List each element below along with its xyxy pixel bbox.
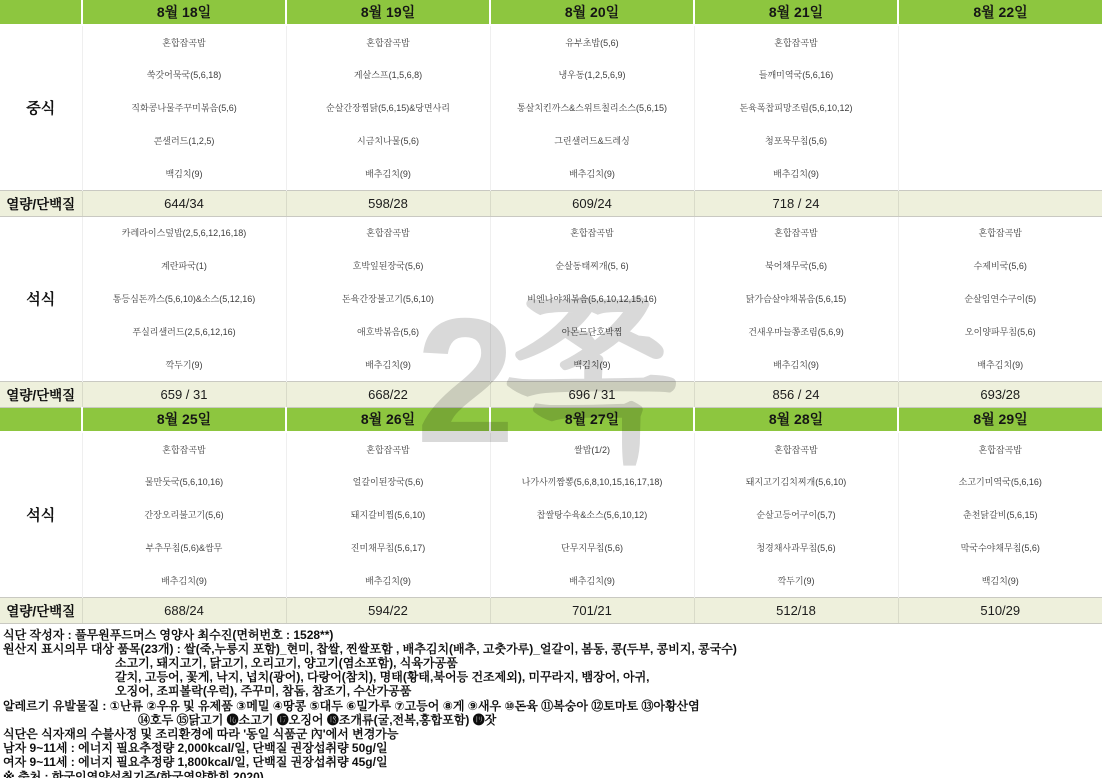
- menu-item-cell: 계란파국(1): [82, 249, 286, 282]
- footer-line: 알레르기 유발물질 : ①난류 ②우유 및 유제품 ③메밀 ④땅콩 ⑤대두 ⑥밀…: [3, 699, 1102, 713]
- menu-row: 통등심돈까스(5,6,10)&소스(5,12,16)돈육간장불고기(5,6,10…: [0, 282, 1102, 315]
- menu-row: 석식카레라이스덮밥(2,5,6,12,16,18)혼합잡곡밥혼합잡곡밥혼합잡곡밥…: [0, 216, 1102, 249]
- menu-item-cell: 백김치(9): [898, 564, 1102, 597]
- footer-line: 식단은 식자재의 수불사정 및 조리환경에 따라 '동일 식품군 內'에서 변경…: [3, 727, 1102, 741]
- menu-item-cell: 냉우동(1,2,5,6,9): [490, 58, 694, 91]
- date-header-cell: 8월 20일: [490, 0, 694, 25]
- calories-value-cell: 688/24: [82, 597, 286, 623]
- date-header-cell: 8월 29일: [898, 407, 1102, 432]
- meal-label-cell: 중식: [0, 25, 82, 190]
- menu-item-cell: 순살동태찌개(5, 6): [490, 249, 694, 282]
- calories-value-cell: 609/24: [490, 190, 694, 216]
- menu-item-cell: 콘샐러드(1,2,5): [82, 124, 286, 157]
- menu-item-cell: 시금치나물(5,6): [286, 124, 490, 157]
- menu-item-cell: 배추김치(9): [286, 564, 490, 597]
- footer-line: 여자 9~11세 : 에너지 필요추정량 1,800kcal/일, 단백질 권장…: [3, 755, 1102, 769]
- menu-row: 깍두기(9)배추김치(9)백김치(9)배추김치(9)배추김치(9): [0, 348, 1102, 381]
- menu-row: 계란파국(1)호박잎된장국(5,6)순살동태찌개(5, 6)북어채무국(5,6)…: [0, 249, 1102, 282]
- calories-value-cell: 668/22: [286, 381, 490, 407]
- menu-item-cell: 진미채무침(5,6,17): [286, 531, 490, 564]
- menu-item-cell: 나가사끼짬뽕(5,6,8,10,15,16,17,18): [490, 465, 694, 498]
- menu-item-cell: 배추김치(9): [898, 348, 1102, 381]
- menu-item-cell: [898, 124, 1102, 157]
- header-corner-cell: [0, 407, 82, 432]
- date-header-row: 8월 25일8월 26일8월 27일8월 28일8월 29일: [0, 407, 1102, 432]
- menu-item-cell: 깍두기(9): [694, 564, 898, 597]
- menu-item-cell: 푸실리샐러드(2,5,6,12,16): [82, 315, 286, 348]
- menu-item-cell: 순살고등어구이(5,7): [694, 498, 898, 531]
- menu-row: 부추무침(5,6)&쌈무진미채무침(5,6,17)단무지무침(5,6)청경채사과…: [0, 531, 1102, 564]
- calories-value-cell: 659 / 31: [82, 381, 286, 407]
- school-meal-menu-sheet: 8월 18일8월 19일8월 20일8월 21일8월 22일중식혼합잡곡밥혼합잡…: [0, 0, 1102, 778]
- calories-row: 열량/단백질688/24594/22701/21512/18510/29: [0, 597, 1102, 623]
- menu-table: 8월 18일8월 19일8월 20일8월 21일8월 22일중식혼합잡곡밥혼합잡…: [0, 0, 1102, 624]
- menu-item-cell: 혼합잡곡밥: [694, 432, 898, 465]
- menu-row: 중식혼합잡곡밥혼합잡곡밥유부초밥(5,6)혼합잡곡밥: [0, 25, 1102, 58]
- calories-row: 열량/단백질659 / 31668/22696 / 31856 / 24693/…: [0, 381, 1102, 407]
- menu-item-cell: 유부초밥(5,6): [490, 25, 694, 58]
- menu-item-cell: 얼갈이된장국(5,6): [286, 465, 490, 498]
- date-header-cell: 8월 22일: [898, 0, 1102, 25]
- menu-item-cell: 혼합잡곡밥: [286, 25, 490, 58]
- menu-item-cell: 배추김치(9): [694, 348, 898, 381]
- footer-line: 원산지 표시의무 대상 품목(23개) : 쌀(죽,누룽지 포함)_현미, 찹쌀…: [3, 642, 1102, 656]
- calories-value-cell: 510/29: [898, 597, 1102, 623]
- menu-row: 배추김치(9)배추김치(9)배추김치(9)깍두기(9)백김치(9): [0, 564, 1102, 597]
- menu-item-cell: 직화콩나물주꾸미볶음(5,6): [82, 91, 286, 124]
- menu-item-cell: 혼합잡곡밥: [286, 216, 490, 249]
- menu-item-cell: 청포묵무침(5,6): [694, 124, 898, 157]
- menu-item-cell: [898, 58, 1102, 91]
- calories-value-cell: 598/28: [286, 190, 490, 216]
- menu-item-cell: 혼합잡곡밥: [694, 25, 898, 58]
- menu-item-cell: [898, 91, 1102, 124]
- menu-item-cell: 소고기미역국(5,6,16): [898, 465, 1102, 498]
- menu-item-cell: 돈육폭찹피망조림(5,6,10,12): [694, 91, 898, 124]
- menu-item-cell: 혼합잡곡밥: [82, 432, 286, 465]
- calories-row: 열량/단백질644/34598/28609/24718 / 24: [0, 190, 1102, 216]
- menu-item-cell: 돈육간장불고기(5,6,10): [286, 282, 490, 315]
- menu-row: 간장오리불고기(5,6)돼지갈비찜(5,6,10)찹쌀탕수육&소스(5,6,10…: [0, 498, 1102, 531]
- menu-item-cell: 배추김치(9): [490, 157, 694, 190]
- menu-item-cell: 호박잎된장국(5,6): [286, 249, 490, 282]
- menu-item-cell: 막국수야채무침(5,6): [898, 531, 1102, 564]
- menu-item-cell: 배추김치(9): [694, 157, 898, 190]
- menu-item-cell: 순살간장찜닭(5,6,15)&당면사리: [286, 91, 490, 124]
- menu-item-cell: 단무지무침(5,6): [490, 531, 694, 564]
- menu-item-cell: 아몬드단호박찜: [490, 315, 694, 348]
- menu-item-cell: 백김치(9): [82, 157, 286, 190]
- menu-item-cell: 통등심돈까스(5,6,10)&소스(5,12,16): [82, 282, 286, 315]
- menu-row: 물만둣국(5,6,10,16)얼갈이된장국(5,6)나가사끼짬뽕(5,6,8,1…: [0, 465, 1102, 498]
- menu-item-cell: 돼지고기김치찌개(5,6,10): [694, 465, 898, 498]
- menu-item-cell: 혼합잡곡밥: [694, 216, 898, 249]
- menu-item-cell: [898, 25, 1102, 58]
- menu-item-cell: 통살치킨까스&스위트칠리소스(5,6,15): [490, 91, 694, 124]
- menu-item-cell: 쌀밥(1/2): [490, 432, 694, 465]
- menu-item-cell: 혼합잡곡밥: [286, 432, 490, 465]
- footer-line: 오징어, 조피볼락(우럭), 주꾸미, 참돔, 참조기, 수산가공품: [3, 684, 1102, 698]
- menu-item-cell: 비엔나야채볶음(5,6,10,12,15,16): [490, 282, 694, 315]
- calories-label-cell: 열량/단백질: [0, 597, 82, 623]
- menu-item-cell: 혼합잡곡밥: [82, 25, 286, 58]
- header-corner-cell: [0, 0, 82, 25]
- date-header-row: 8월 18일8월 19일8월 20일8월 21일8월 22일: [0, 0, 1102, 25]
- menu-item-cell: 수제비국(5,6): [898, 249, 1102, 282]
- menu-item-cell: 청경채사과무침(5,6): [694, 531, 898, 564]
- footer-line: 소고기, 돼지고기, 닭고기, 오리고기, 양고기(염소포함), 식육가공품: [3, 656, 1102, 670]
- footer-line: ⑭호두 ⑮닭고기 ⓰소고기 ⓱오징어 ⓲조개류(굴,전복,홍합포함) ⓳잣: [3, 713, 1102, 727]
- calories-value-cell: 512/18: [694, 597, 898, 623]
- footer-line: ※ 출처 : 한국인영양섭취기준(한국영양학회,2020): [3, 770, 1102, 778]
- calories-value-cell: 701/21: [490, 597, 694, 623]
- menu-item-cell: 백김치(9): [490, 348, 694, 381]
- menu-item-cell: 혼합잡곡밥: [898, 216, 1102, 249]
- menu-item-cell: 북어채무국(5,6): [694, 249, 898, 282]
- date-header-cell: 8월 27일: [490, 407, 694, 432]
- menu-item-cell: 들깨미역국(5,6,16): [694, 58, 898, 91]
- menu-row: 석식혼합잡곡밥혼합잡곡밥쌀밥(1/2)혼합잡곡밥혼합잡곡밥: [0, 432, 1102, 465]
- date-header-cell: 8월 19일: [286, 0, 490, 25]
- menu-item-cell: 물만둣국(5,6,10,16): [82, 465, 286, 498]
- menu-item-cell: 배추김치(9): [286, 157, 490, 190]
- footer-line: 식단 작성자 : 풀무원푸드머스 영양사 최수진(면허번호 : 1528**): [3, 628, 1102, 642]
- calories-value-cell: 693/28: [898, 381, 1102, 407]
- menu-item-cell: 배추김치(9): [286, 348, 490, 381]
- footer-line: 남자 9~11세 : 에너지 필요추정량 2,000kcal/일, 단백질 권장…: [3, 741, 1102, 755]
- menu-item-cell: 배추김치(9): [490, 564, 694, 597]
- date-header-cell: 8월 26일: [286, 407, 490, 432]
- menu-item-cell: 혼합잡곡밥: [490, 216, 694, 249]
- menu-item-cell: 건새우마늘쫑조림(5,6,9): [694, 315, 898, 348]
- calories-value-cell: [898, 190, 1102, 216]
- calories-value-cell: 856 / 24: [694, 381, 898, 407]
- menu-item-cell: 깍두기(9): [82, 348, 286, 381]
- calories-value-cell: 644/34: [82, 190, 286, 216]
- date-header-cell: 8월 28일: [694, 407, 898, 432]
- menu-item-cell: 찹쌀탕수육&소스(5,6,10,12): [490, 498, 694, 531]
- menu-item-cell: 순살임연수구이(5): [898, 282, 1102, 315]
- menu-item-cell: 배추김치(9): [82, 564, 286, 597]
- calories-value-cell: 696 / 31: [490, 381, 694, 407]
- meal-label-cell: 석식: [0, 216, 82, 381]
- menu-row: 직화콩나물주꾸미볶음(5,6)순살간장찜닭(5,6,15)&당면사리통살치킨까스…: [0, 91, 1102, 124]
- menu-row: 푸실리샐러드(2,5,6,12,16)애호박볶음(5,6)아몬드단호박찜건새우마…: [0, 315, 1102, 348]
- calories-label-cell: 열량/단백질: [0, 190, 82, 216]
- calories-value-cell: 594/22: [286, 597, 490, 623]
- meal-label-cell: 석식: [0, 432, 82, 597]
- menu-item-cell: [898, 157, 1102, 190]
- menu-item-cell: 간장오리불고기(5,6): [82, 498, 286, 531]
- footer-notes: 식단 작성자 : 풀무원푸드머스 영양사 최수진(면허번호 : 1528**)원…: [0, 624, 1102, 778]
- date-header-cell: 8월 21일: [694, 0, 898, 25]
- menu-item-cell: 쑥갓어묵국(5,6,18): [82, 58, 286, 91]
- calories-label-cell: 열량/단백질: [0, 381, 82, 407]
- menu-row: 백김치(9)배추김치(9)배추김치(9)배추김치(9): [0, 157, 1102, 190]
- calories-value-cell: 718 / 24: [694, 190, 898, 216]
- date-header-cell: 8월 25일: [82, 407, 286, 432]
- menu-item-cell: 오이양파무침(5,6): [898, 315, 1102, 348]
- menu-item-cell: 애호박볶음(5,6): [286, 315, 490, 348]
- menu-item-cell: 돼지갈비찜(5,6,10): [286, 498, 490, 531]
- menu-item-cell: 춘천닭갈비(5,6,15): [898, 498, 1102, 531]
- menu-item-cell: 부추무침(5,6)&쌈무: [82, 531, 286, 564]
- menu-item-cell: 닭가슴살야채볶음(5,6,15): [694, 282, 898, 315]
- date-header-cell: 8월 18일: [82, 0, 286, 25]
- menu-item-cell: 카레라이스덮밥(2,5,6,12,16,18): [82, 216, 286, 249]
- footer-line: 갈치, 고등어, 꽃게, 낙지, 넙치(광어), 다랑어(참치), 명태(황태,…: [3, 670, 1102, 684]
- menu-row: 쑥갓어묵국(5,6,18)게살스프(1,5,6,8)냉우동(1,2,5,6,9)…: [0, 58, 1102, 91]
- menu-item-cell: 혼합잡곡밥: [898, 432, 1102, 465]
- menu-item-cell: 게살스프(1,5,6,8): [286, 58, 490, 91]
- menu-item-cell: 그린샐러드&드레싱: [490, 124, 694, 157]
- menu-row: 콘샐러드(1,2,5)시금치나물(5,6)그린샐러드&드레싱청포묵무침(5,6): [0, 124, 1102, 157]
